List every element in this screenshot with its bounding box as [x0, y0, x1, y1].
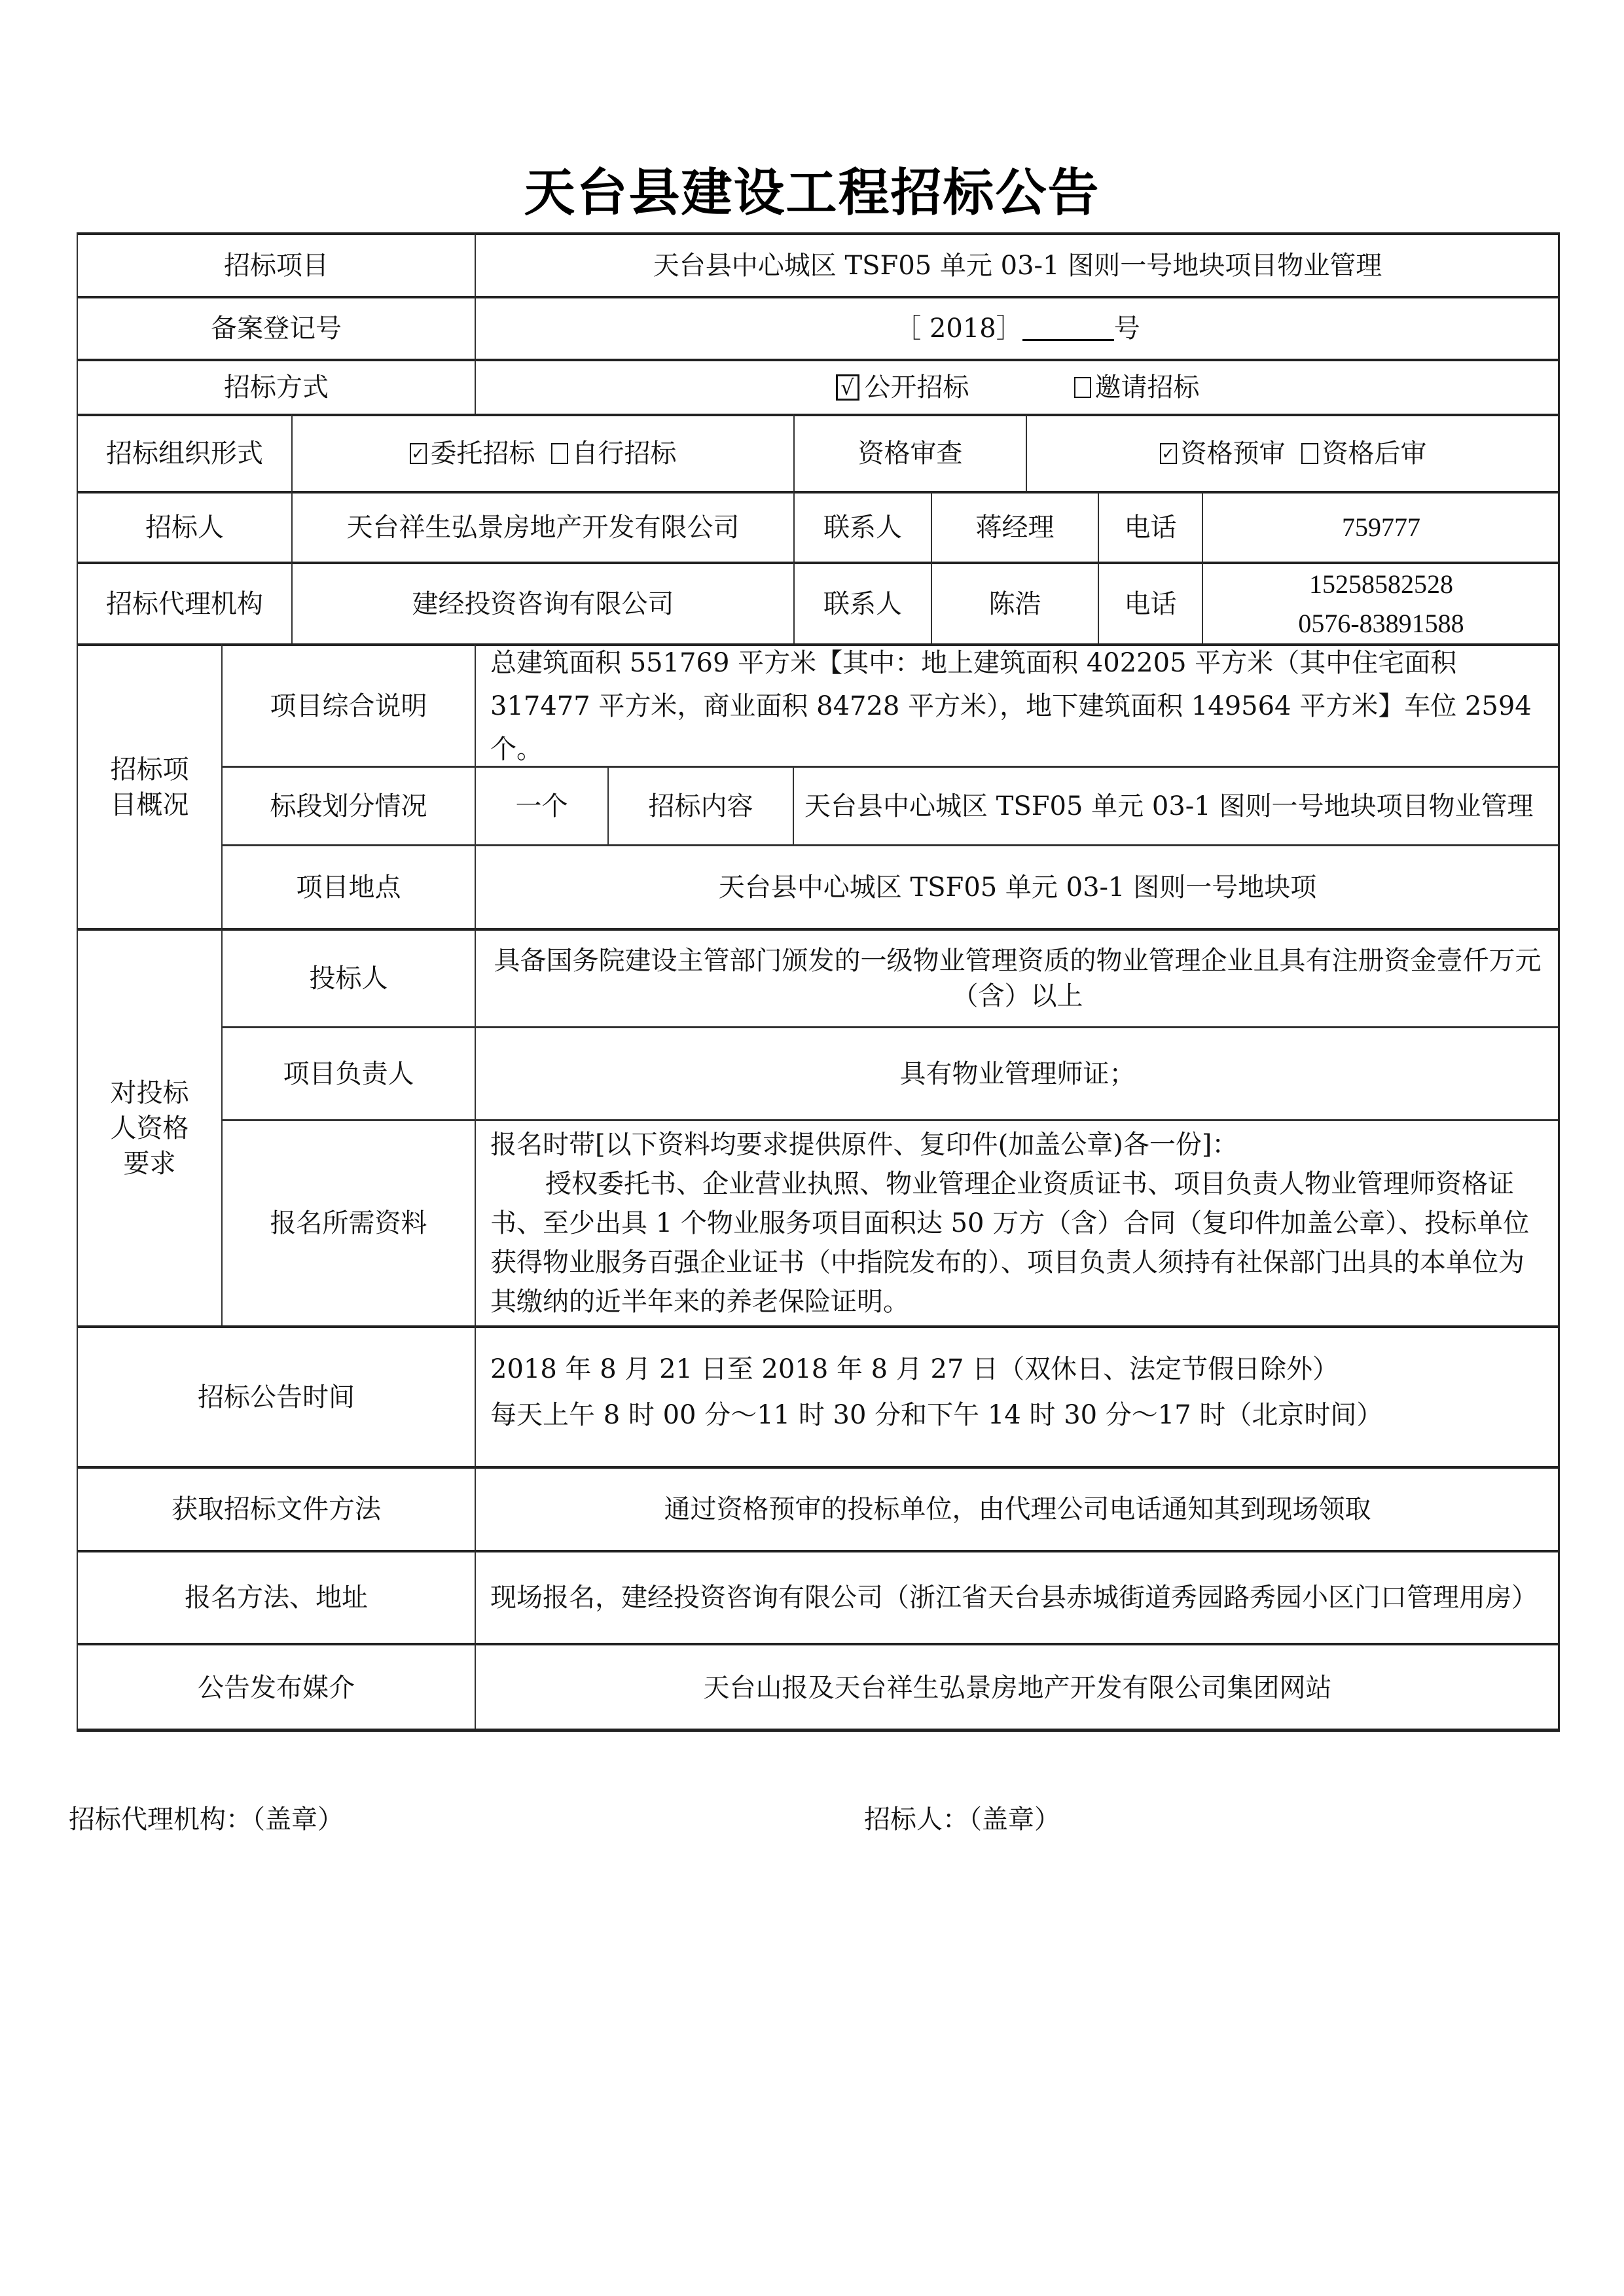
registration-method-label: 报名方法、地址 [77, 1550, 475, 1643]
materials-body: 授权委托书、企业营业执照、物业管理企业资质证书、项目负责人物业管理师资格证书、至… [490, 1164, 1545, 1321]
review-label: 资格审查 [793, 414, 1026, 491]
option-label: 委托招标 [431, 435, 535, 473]
agency-phone-label: 电话 [1098, 562, 1202, 643]
agency-contact-label: 联系人 [793, 562, 931, 643]
option-label: 资格后审 [1322, 435, 1427, 473]
organization-label: 招标组织形式 [77, 414, 291, 491]
announcement-time-value: 2018 年 8 月 21 日至 2018 年 8 月 27 日（双休日、法定节… [475, 1325, 1559, 1466]
tenderer-phone: 759777 [1202, 491, 1559, 562]
materials-label: 报名所需资料 [221, 1119, 475, 1325]
review-option-post[interactable]: 资格后审 [1301, 435, 1427, 473]
announcement-time-line2: 每天上午 8 时 00 分～11 时 30 分和下午 14 时 30 分～17 … [490, 1392, 1545, 1438]
organization-option-entrusted[interactable]: ✓ 委托招标 [410, 435, 535, 473]
review-option-pre[interactable]: ✓ 资格预审 [1160, 435, 1286, 473]
project-label: 招标项目 [77, 232, 475, 296]
bidder-value: 具备国务院建设主管部门颁发的一级物业管理资质的物业管理企业且具有注册资金壹仟万元… [475, 928, 1559, 1026]
option-label: 资格预审 [1181, 435, 1286, 473]
registration-blank-field[interactable] [1022, 317, 1114, 341]
location-value: 天台县中心城区 TSF05 单元 03-1 图则一号地块项 [475, 844, 1559, 928]
bidder-label: 投标人 [221, 928, 475, 1026]
agency-contact: 陈浩 [931, 562, 1098, 643]
announcement-time-label: 招标公告时间 [77, 1325, 475, 1466]
organization-option-self[interactable]: 自行招标 [551, 435, 677, 473]
registration-value: ［ 2018］号 [475, 296, 1559, 359]
manager-value: 具有物业管理师证； [475, 1026, 1559, 1119]
method-options: √ 公开招标 邀请招标 [475, 359, 1559, 414]
checkbox-empty-icon[interactable] [1301, 443, 1318, 464]
checkbox-empty-icon[interactable] [551, 443, 568, 464]
announcement-time-line1: 2018 年 8 月 21 日至 2018 年 8 月 27 日（双休日、法定节… [490, 1346, 1545, 1392]
agency-phone-landline: 0576-83891588 [1298, 604, 1464, 643]
sections-content: 天台县中心城区 TSF05 单元 03-1 图则一号地块项目物业管理 [793, 766, 1559, 844]
document-title: 天台县建设工程招标公告 [0, 152, 1624, 225]
materials-intro: 报名时带[以下资料均要求提供原件、复印件(加盖公章)各一份]： [490, 1125, 1545, 1164]
tenderer-contact: 蒋经理 [931, 491, 1098, 562]
agency-name: 建经投资咨询有限公司 [291, 562, 793, 643]
agency-signature: 招标代理机构：（盖章） [69, 1799, 344, 1836]
method-option-open[interactable]: √ 公开招标 [836, 368, 969, 406]
overview-section-label: 招标项目概况 [77, 643, 221, 928]
review-options: ✓ 资格预审 资格后审 [1026, 414, 1559, 491]
agency-label: 招标代理机构 [77, 562, 291, 643]
registration-prefix: ［ 2018］ [895, 310, 1022, 348]
tenderer-phone-label: 电话 [1098, 491, 1202, 562]
tenderer-contact-label: 联系人 [793, 491, 931, 562]
method-label: 招标方式 [77, 359, 475, 414]
sections-content-label: 招标内容 [607, 766, 793, 844]
qualification-section-label: 对投标人资格要求 [77, 928, 221, 1325]
summary-value: 总建筑面积 551769 平方米【其中：地上建筑面积 402205 平方米（其中… [475, 643, 1559, 766]
registration-label: 备案登记号 [77, 296, 475, 359]
obtain-docs-value: 通过资格预审的投标单位，由代理公司电话通知其到现场领取 [475, 1466, 1559, 1550]
tenderer-label: 招标人 [77, 491, 291, 562]
project-value: 天台县中心城区 TSF05 单元 03-1 图则一号地块项目物业管理 [475, 232, 1559, 296]
media-value: 天台山报及天台祥生弘景房地产开发有限公司集团网站 [475, 1643, 1559, 1730]
registration-method-value: 现场报名，建经投资咨询有限公司（浙江省天台县赤城街道秀园路秀园小区门口管理用房） [475, 1550, 1559, 1643]
tenderer-name: 天台祥生弘景房地产开发有限公司 [291, 491, 793, 562]
media-label: 公告发布媒介 [77, 1643, 475, 1730]
checkbox-empty-icon[interactable] [1074, 377, 1091, 398]
manager-label: 项目负责人 [221, 1026, 475, 1119]
checkbox-checked-icon[interactable]: √ [836, 374, 859, 401]
table-bottom-border [77, 1729, 1560, 1732]
registration-suffix: 号 [1114, 310, 1140, 348]
obtain-docs-label: 获取招标文件方法 [77, 1466, 475, 1550]
table-right-border [1558, 232, 1560, 1731]
option-label: 公开招标 [865, 368, 969, 406]
location-label: 项目地点 [221, 844, 475, 928]
sections-label: 标段划分情况 [221, 766, 475, 844]
checkbox-checked-icon[interactable]: ✓ [410, 443, 427, 464]
organization-options: ✓ 委托招标 自行招标 [291, 414, 793, 491]
agency-phone-mobile: 15258582528 [1309, 565, 1453, 604]
materials-value: 报名时带[以下资料均要求提供原件、复印件(加盖公章)各一份]： 授权委托书、企业… [475, 1119, 1559, 1325]
checkbox-checked-icon[interactable]: ✓ [1160, 443, 1177, 464]
option-label: 自行招标 [572, 435, 677, 473]
agency-phones: 15258582528 0576-83891588 [1202, 562, 1559, 643]
method-option-invite[interactable]: 邀请招标 [1074, 368, 1200, 406]
tenderer-signature: 招标人：（盖章） [864, 1799, 1060, 1836]
option-label: 邀请招标 [1095, 368, 1200, 406]
sections-count: 一个 [475, 766, 607, 844]
summary-label: 项目综合说明 [221, 643, 475, 766]
